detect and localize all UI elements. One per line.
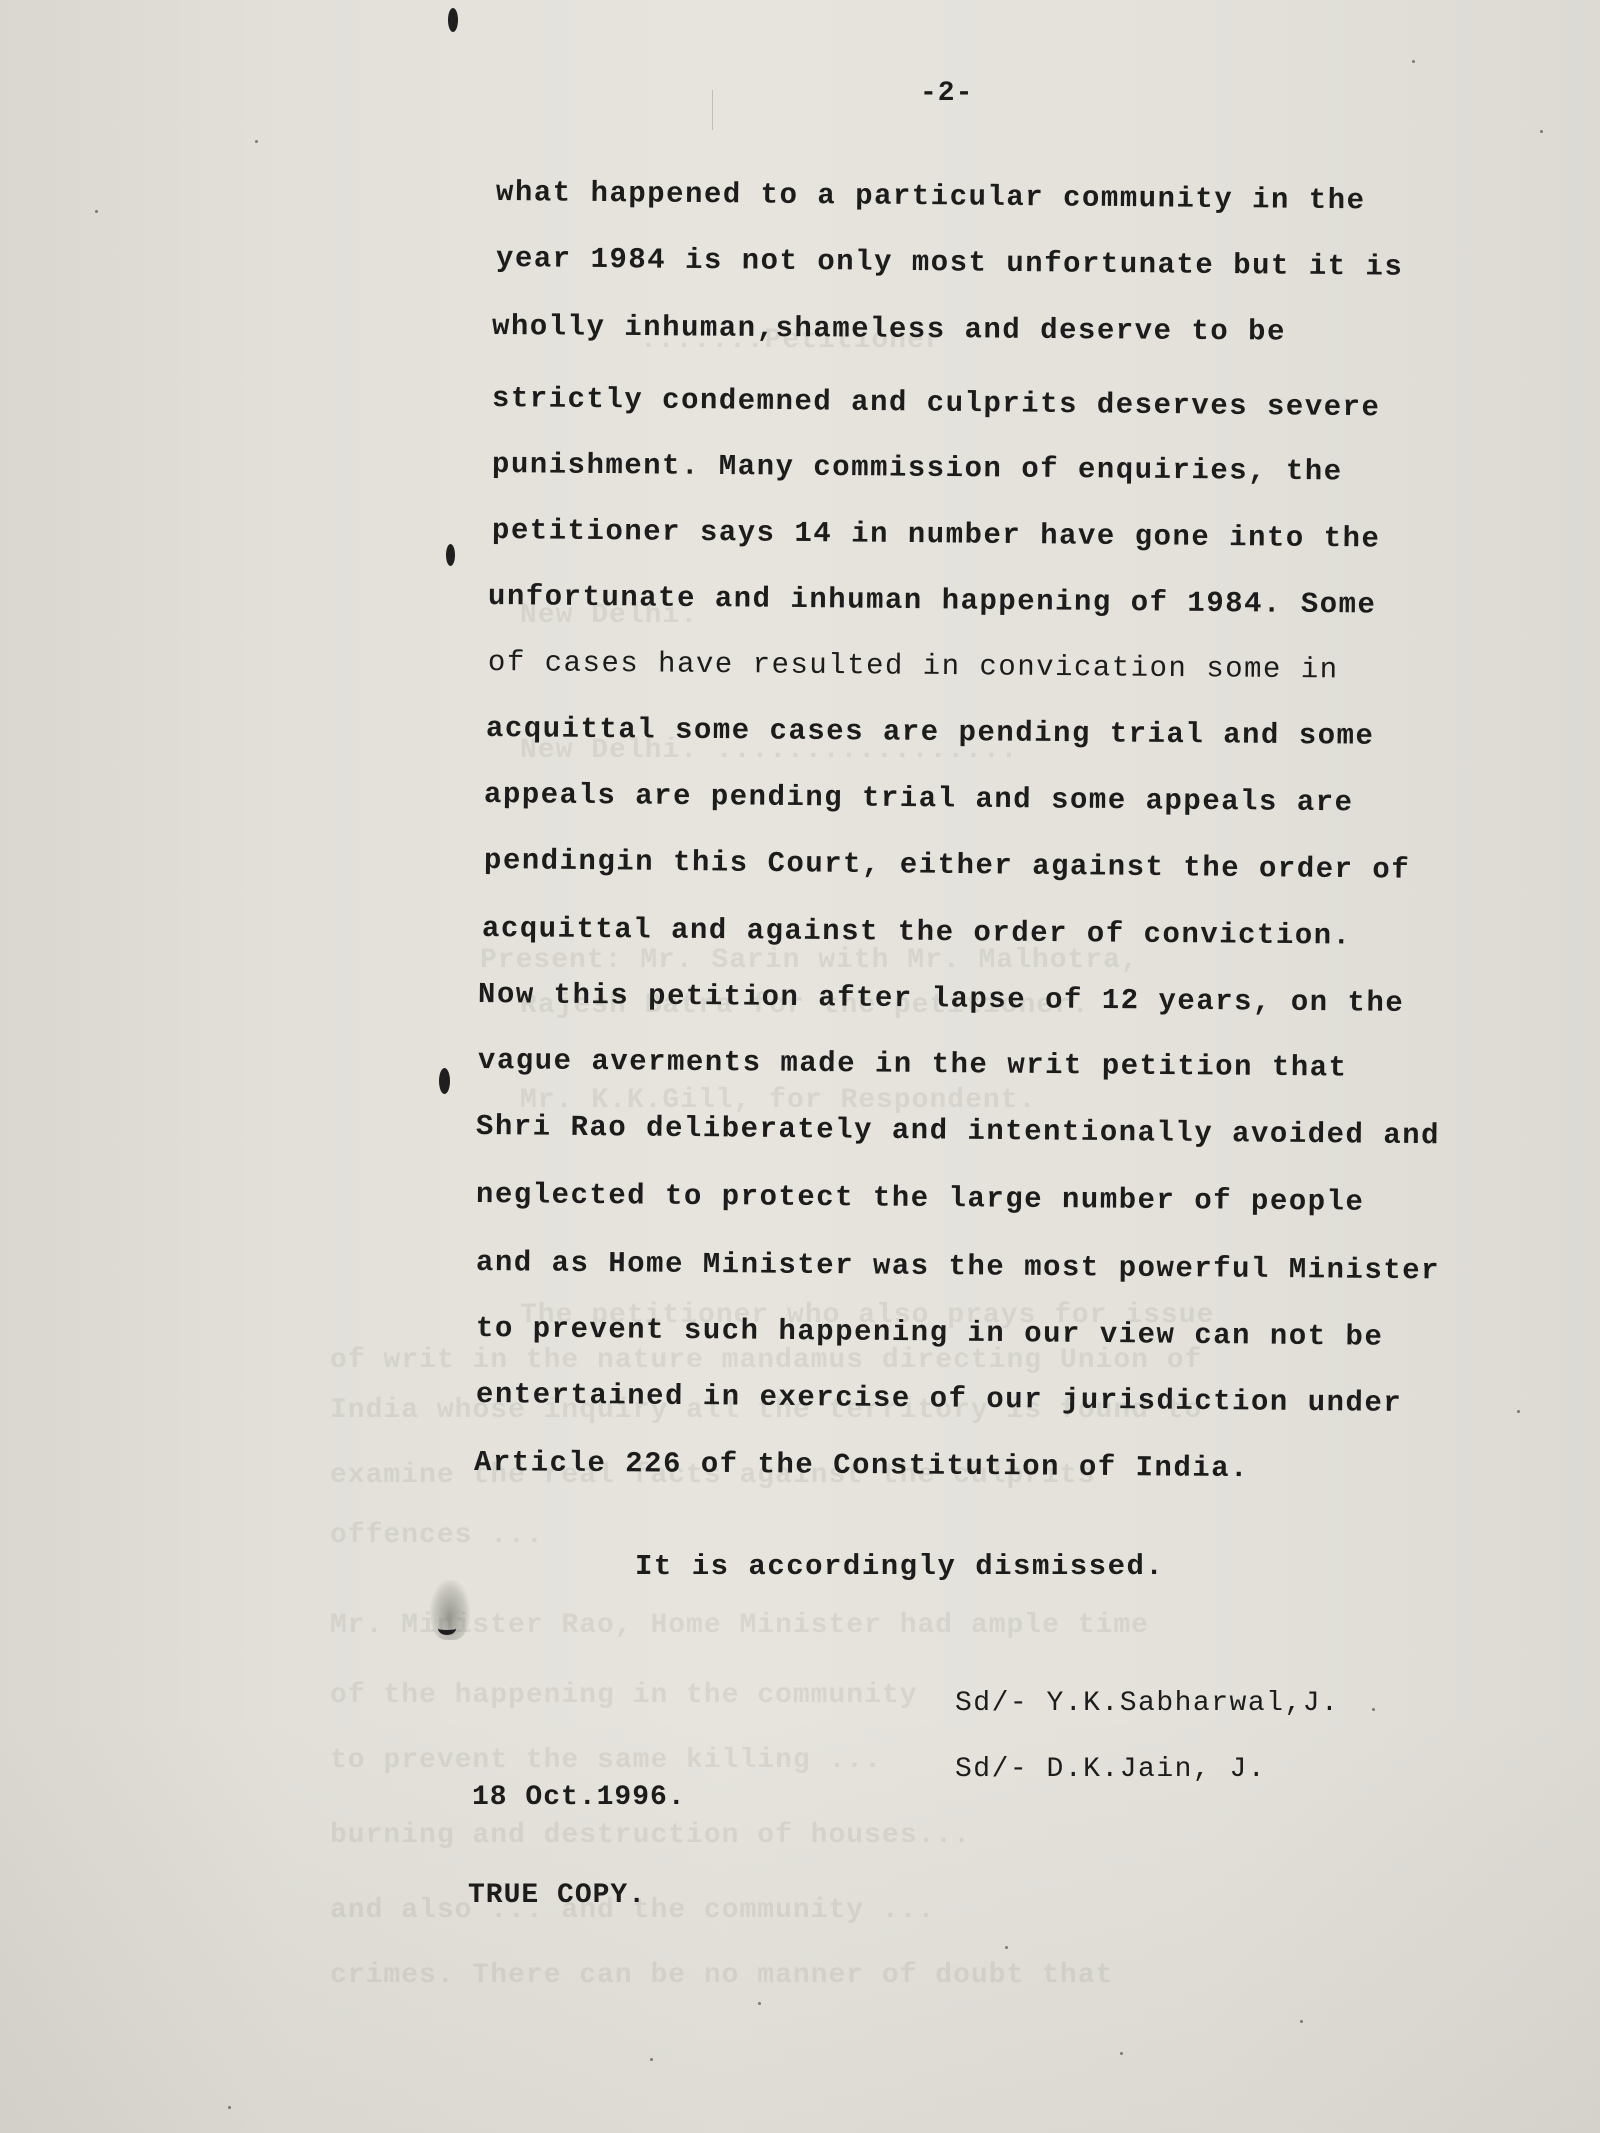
ink-blot-mark — [439, 1068, 450, 1094]
page-number: -2- — [920, 78, 973, 109]
order-date: 18 Oct.1996. — [472, 1782, 686, 1813]
body-text-line: year 1984 is not only most unfortunate b… — [496, 244, 1404, 282]
body-text-line: Shri Rao deliberately and intentionally … — [476, 1112, 1440, 1150]
paper-speck — [255, 140, 258, 143]
body-text-line: unfortunate and inhuman happening of 198… — [488, 582, 1377, 620]
body-text-line: entertained in exercise of our jurisdict… — [476, 1380, 1402, 1418]
paper-speck — [1005, 1946, 1008, 1949]
body-text-line: acquittal and against the order of convi… — [482, 914, 1352, 951]
body-text-line: petitioner says 14 in number have gone i… — [492, 516, 1381, 554]
signature-judge-1: Sd/- Y.K.Sabharwal,J. — [955, 1688, 1339, 1719]
true-copy-stamp: TRUE COPY. — [468, 1880, 646, 1911]
paper-speck — [758, 2002, 761, 2005]
body-text-line: Article 226 of the Constitution of India… — [474, 1448, 1249, 1483]
body-text-line: pendingin this Court, either against the… — [484, 846, 1411, 885]
paper-speck — [650, 2058, 653, 2061]
paper-crease — [712, 90, 713, 130]
body-text-line: punishment. Many commission of enquiries… — [492, 450, 1343, 486]
bleed-through-text: crimes. There can be no manner of doubt … — [330, 1960, 1113, 1991]
page-shadow — [0, 1713, 1600, 2133]
paper-speck — [228, 2106, 231, 2109]
paper-speck — [1120, 2052, 1123, 2055]
bleed-through-text: to prevent the same killing ... — [330, 1745, 882, 1776]
signature-judge-2: Sd/- D.K.Jain, J. — [955, 1754, 1266, 1785]
scanned-document-page: .......Petitioner New Delhi. New Delhi. … — [0, 0, 1600, 2133]
body-text-line: vague averments made in the writ petitio… — [478, 1046, 1348, 1083]
body-text-line: wholly inhuman,shameless and deserve to … — [492, 312, 1286, 347]
body-text-line: appeals are pending trial and some appea… — [484, 780, 1354, 817]
body-text-line: and as Home Minister was the most powerf… — [476, 1248, 1440, 1285]
body-text-line: to prevent such happening in our view ca… — [476, 1314, 1384, 1352]
body-text-line: Now this petition after lapse of 12 year… — [478, 980, 1404, 1018]
paper-speck — [1300, 2020, 1303, 2023]
paper-speck — [1412, 60, 1415, 63]
paper-speck — [1540, 130, 1543, 133]
ink-smudge-mark — [438, 1622, 456, 1635]
paper-speck — [1517, 1410, 1520, 1413]
bleed-through-text: burning and destruction of houses... — [330, 1820, 971, 1851]
body-text-line: strictly condemned and culprits deserves… — [492, 384, 1381, 422]
body-text-line: what happened to a particular community … — [496, 178, 1366, 215]
bleed-through-text: of the happening in the community — [330, 1680, 918, 1711]
body-text-line: neglected to protect the large number of… — [476, 1180, 1365, 1217]
paper-speck — [1372, 1708, 1375, 1711]
bleed-through-text: offences ... — [330, 1520, 544, 1551]
ink-blot-mark — [448, 8, 458, 32]
body-text-line: acquittal some cases are pending trial a… — [486, 714, 1375, 751]
paper-speck — [95, 210, 98, 213]
ink-blot-mark — [446, 544, 455, 566]
body-text-line: of cases have resulted in convication so… — [488, 648, 1339, 684]
dismissal-statement: It is accordingly dismissed. — [635, 1550, 1164, 1583]
